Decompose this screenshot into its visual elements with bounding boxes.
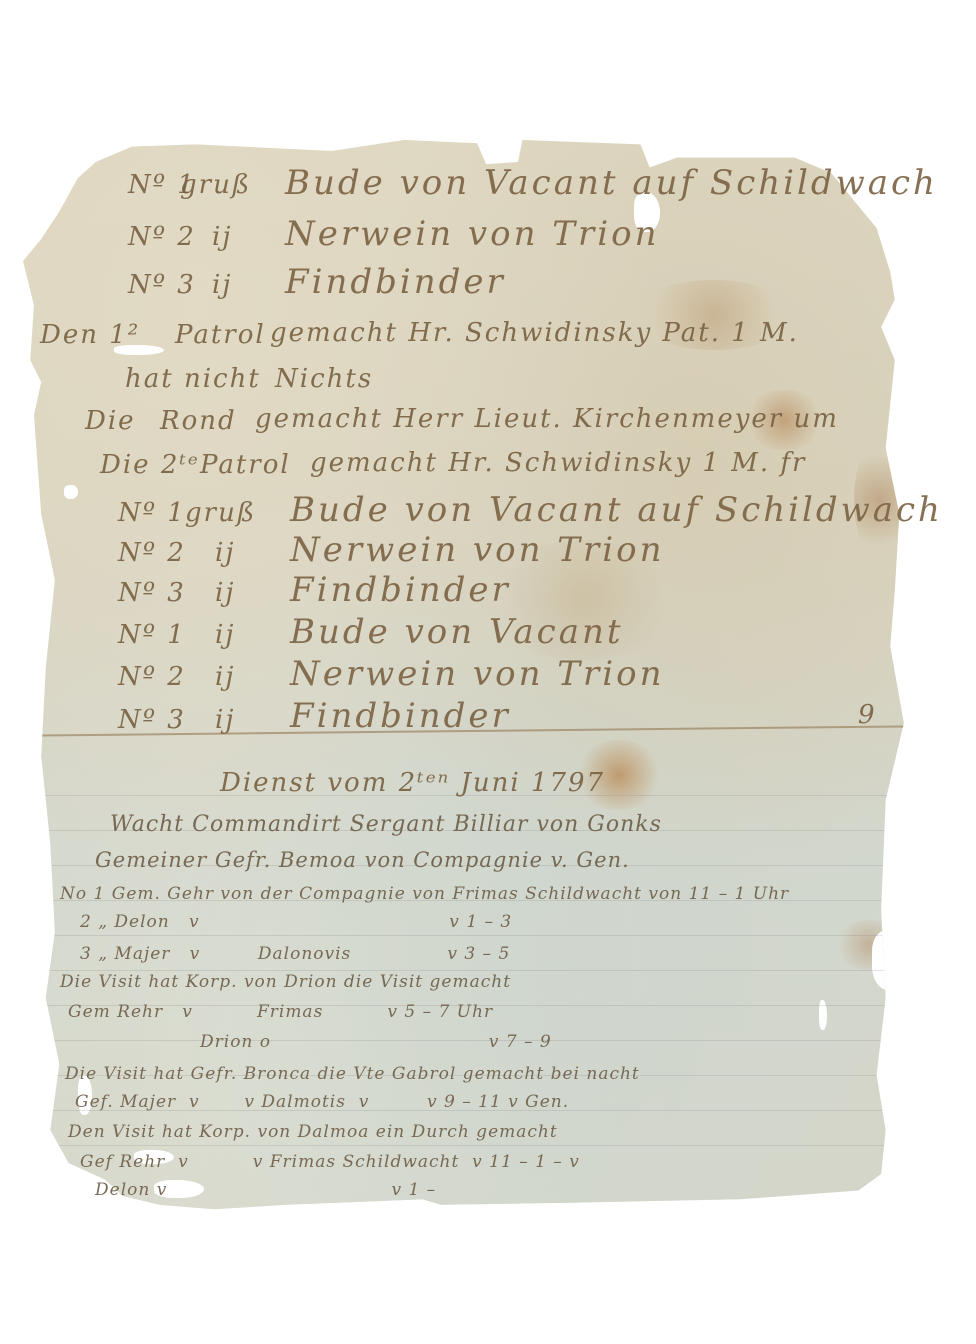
entry-number: Nº 3 [118,578,186,608]
duty-line: Gef. Majer v v Dalmotis v v 9 – 11 v Gen… [75,1092,569,1112]
ruled-line [44,1145,904,1146]
entry-role: ij [215,705,235,735]
entry-text: Nerwein von Trion [285,214,659,254]
duty-line: Wacht Commandirt Sergant Billiar von Gon… [110,812,662,837]
page-mark: 9 [858,700,877,730]
entry-role: ij [215,578,235,608]
paper-hole [66,485,78,497]
section-heading: Dienst vom 2ᵗᵉⁿ Juni 1797 [220,768,605,798]
entry-number: Nº 2 [128,222,196,252]
entry-role: Patrol [175,320,266,350]
duty-line: Gemeiner Gefr. Bemoa von Compagnie v. Ge… [95,848,630,872]
entry-text: gemacht Herr Lieut. Kirchenmeyer um [255,404,839,434]
duty-line: Delon v v 1 – [95,1180,436,1200]
entry-role: Patrol [200,450,291,480]
entry-role: gruß [185,498,256,528]
entry-number: Nº 2 [118,538,186,568]
foxing-stain [834,920,904,970]
entry-number: Den 1² [40,320,140,350]
entry-role: ij [215,538,235,568]
entry-text: Bude von Vacant [290,612,624,652]
entry-role: gruß [180,170,251,200]
entry-role: ij [215,662,235,692]
entry-number: Nº 3 [128,270,196,300]
entry-number: Die 2ᵗᵉ [100,450,200,480]
entry-number: Die [85,406,136,436]
paper-hole [872,930,914,990]
duty-line: Gem Rehr v Frimas v 5 – 7 Uhr [68,1002,493,1022]
entry-text: Findbinder [285,262,506,302]
entry-role: hat nicht [125,364,261,394]
duty-line: 2 „ Delon v v 1 – 3 [80,912,512,932]
entry-number: Nº 3 [118,705,186,735]
entry-text: Bude von Vacant auf Schildwach [285,163,938,203]
entry-role: ij [215,620,235,650]
duty-line: Drion o v 7 – 9 [200,1032,552,1052]
entry-number: Nº 1 [118,498,186,528]
entry-number: Nº 1 [118,620,186,650]
scan-background: Nº 1 gruß Bude von Vacant auf Schildwach… [0,0,976,1344]
entry-role: Rond [160,406,237,436]
duty-line: Die Visit hat Gefr. Bronca die Vte Gabro… [65,1064,640,1084]
entry-text: Nerwein von Trion [290,654,664,694]
duty-line: Den Visit hat Korp. von Dalmoa ein Durch… [68,1122,558,1142]
ruled-line [44,970,904,971]
entry-text: Nichts [275,364,373,394]
duty-line: 3 „ Majer v Dalonovis v 3 – 5 [80,944,510,964]
duty-line: Gef Rehr v v Frimas Schildwacht v 11 – 1… [80,1152,580,1172]
entry-text: Findbinder [290,570,511,610]
duty-line: Die Visit hat Korp. von Drion die Visit … [60,972,511,992]
entry-text: gemacht Hr. Schwidinsky 1 M. fr [310,448,806,478]
entry-role: ij [212,270,232,300]
entry-number: Nº 2 [118,662,186,692]
ruled-line [44,935,904,936]
entry-role: ij [212,222,232,252]
entry-text: Findbinder [290,696,511,736]
entry-text: Bude von Vacant auf Schildwach [290,490,943,530]
entry-text: gemacht Hr. Schwidinsky Pat. 1 M. [270,318,799,348]
duty-line: No 1 Gem. Gehr von der Compagnie von Fri… [60,884,789,904]
entry-text: Nerwein von Trion [290,530,664,570]
